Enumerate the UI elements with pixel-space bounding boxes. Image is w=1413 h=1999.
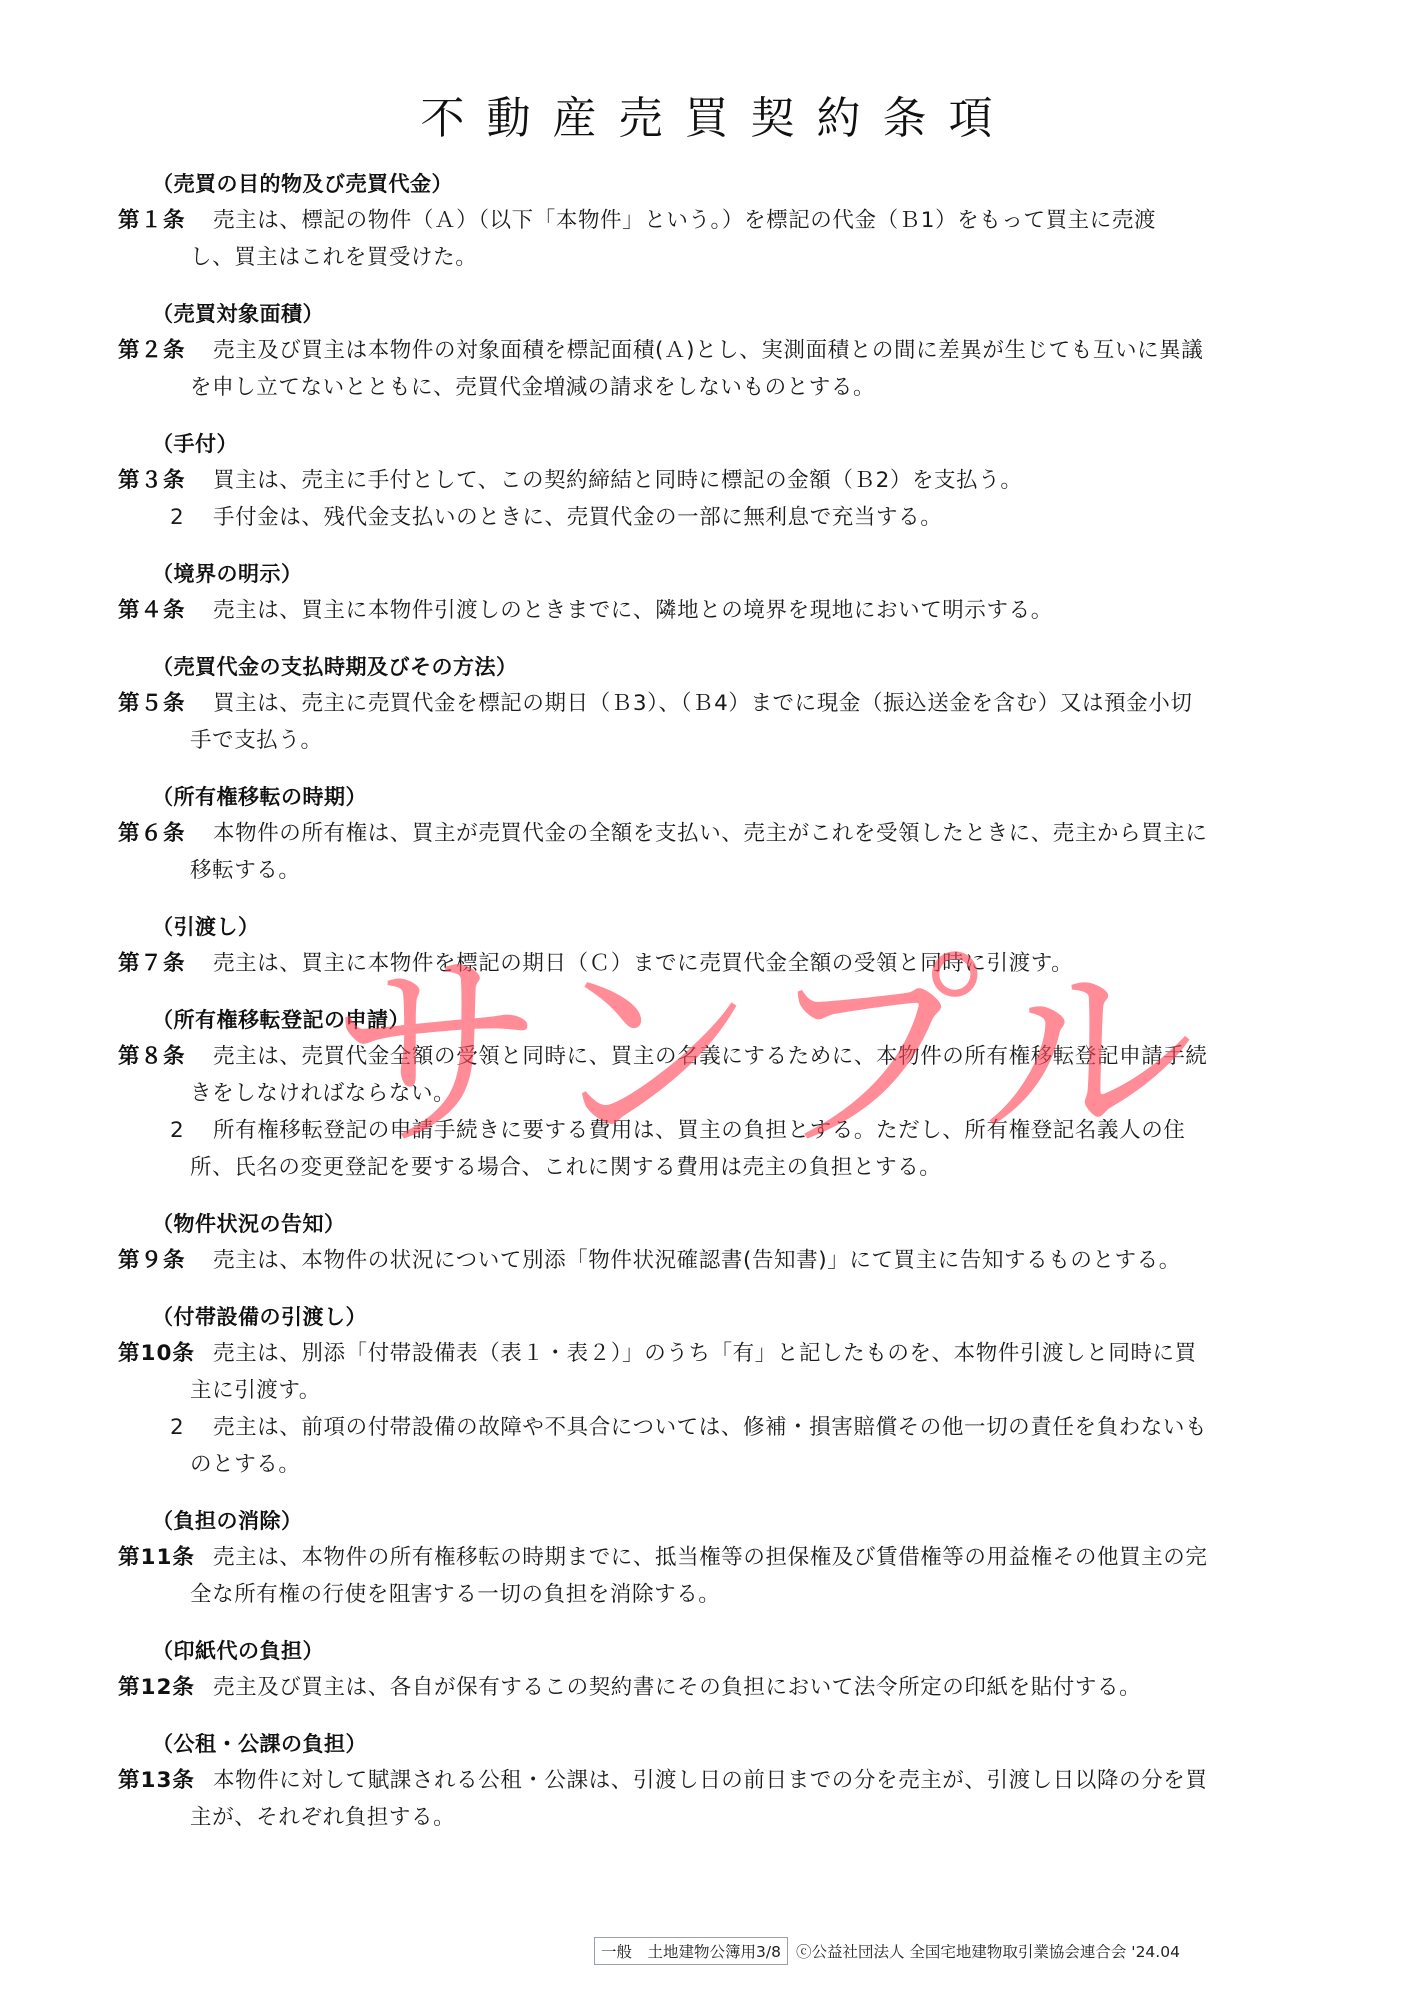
article-heading: （負担の消除） [152, 1503, 1298, 1539]
document-title: 不動産売買契約条項 [0, 82, 1413, 146]
article-text: 本物件の所有権は、買主が売買代金の全額を支払い、売主がこれを受領したときに、売主… [213, 821, 1208, 846]
article-2: 第２条売主及び買主は本物件の対象面積を標記面積(Ａ)とし、実測面積との間に差異が… [118, 332, 1298, 406]
article-line: 第４条売主は、買主に本物件引渡しのときまでに、隣地との境界を現地において明示する… [118, 592, 1298, 629]
article-8: 第８条売主は、売買代金全額の受領と同時に、買主の名義にするために、本物件の所有権… [118, 1038, 1298, 1186]
article-heading: （売買の目的物及び売買代金） [152, 166, 1298, 202]
article-line: を申し立てないとともに、売買代金増減の請求をしないものとする。 [118, 369, 1298, 406]
sub-clause-line: 2売主は、前項の付帯設備の故障や不具合については、修補・損害賠償その他一切の責任… [118, 1409, 1298, 1446]
sub-clause-number: 2 [118, 1112, 213, 1149]
article-line: 第９条売主は、本物件の状況について別添「物件状況確認書(告知書)」にて買主に告知… [118, 1242, 1298, 1279]
article-number: 第12条 [118, 1669, 213, 1706]
article-number: 第８条 [118, 1038, 213, 1075]
sub-clause-number: 2 [118, 499, 213, 536]
article-line: し、買主はこれを買受けた。 [118, 239, 1298, 276]
article-11: 第11条売主は、本物件の所有権移転の時期までに、抵当権等の担保権及び賃借権等の用… [118, 1539, 1298, 1613]
article-heading: （手付） [152, 426, 1298, 462]
sub-clause-text: 所、氏名の変更登記を要する場合、これに関する費用は売主の負担とする。 [190, 1155, 941, 1180]
article-9: 第９条売主は、本物件の状況について別添「物件状況確認書(告知書)」にて買主に告知… [118, 1242, 1298, 1279]
sub-clause-text: 所有権移転登記の申請手続きに要する費用は、買主の負担とする。ただし、所有権登記名… [213, 1118, 1185, 1143]
article-text: 移転する。 [190, 858, 301, 883]
article-line: 第10条売主は、別添「付帯設備表（表１・表２）」のうち「有」と記したものを、本物… [118, 1335, 1298, 1372]
article-text: 売主は、買主に本物件引渡しのときまでに、隣地との境界を現地において明示する。 [213, 598, 1053, 623]
article-number: 第７条 [118, 945, 213, 982]
article-heading: （売買代金の支払時期及びその方法） [152, 649, 1298, 685]
article-heading: （物件状況の告知） [152, 1206, 1298, 1242]
article-line: 第11条売主は、本物件の所有権移転の時期までに、抵当権等の担保権及び賃借権等の用… [118, 1539, 1298, 1576]
article-line: 第３条買主は、売主に手付として、この契約締結と同時に標記の金額（Ｂ2）を支払う。 [118, 462, 1298, 499]
article-line: 移転する。 [118, 852, 1298, 889]
article-line: 第５条買主は、売主に売買代金を標記の期日（Ｂ3）、（Ｂ4）までに現金（振込送金を… [118, 685, 1298, 722]
article-line: 第13条本物件に対して賦課される公租・公課は、引渡し日の前日までの分を売主が、引… [118, 1762, 1298, 1799]
article-number: 第４条 [118, 592, 213, 629]
article-text: 主が、それぞれ負担する。 [190, 1805, 455, 1830]
article-line: 第12条売主及び買主は、各自が保有するこの契約書にその負担において法令所定の印紙… [118, 1669, 1298, 1706]
article-6: 第６条本物件の所有権は、買主が売買代金の全額を支払い、売主がこれを受領したときに… [118, 815, 1298, 889]
document-page: 不動産売買契約条項 （売買の目的物及び売買代金）第１条売主は、標記の物件（Ａ）（… [0, 0, 1413, 1999]
article-number: 第９条 [118, 1242, 213, 1279]
article-number: 第５条 [118, 685, 213, 722]
article-text: を申し立てないとともに、売買代金増減の請求をしないものとする。 [190, 375, 875, 400]
article-line: きをしなければならない。 [118, 1075, 1298, 1112]
article-text: 売主は、標記の物件（Ａ）（以下「本物件」という。）を標記の代金（Ｂ1）をもって買… [213, 208, 1156, 233]
form-label: 一般 土地建物公簿用3/8 [594, 1937, 788, 1965]
article-3: 第３条買主は、売主に手付として、この契約締結と同時に標記の金額（Ｂ2）を支払う。… [118, 462, 1298, 536]
article-heading: （売買対象面積） [152, 296, 1298, 332]
article-text: 売主及び買主は本物件の対象面積を標記面積(Ａ)とし、実測面積との間に差異が生じて… [213, 338, 1203, 363]
article-line: 主が、それぞれ負担する。 [118, 1799, 1298, 1836]
article-4: 第４条売主は、買主に本物件引渡しのときまでに、隣地との境界を現地において明示する… [118, 592, 1298, 629]
article-text: 買主は、売主に手付として、この契約締結と同時に標記の金額（Ｂ2）を支払う。 [213, 468, 1022, 493]
article-line: 第７条売主は、買主に本物件を標記の期日（Ｃ）までに売買代金全額の受領と同時に引渡… [118, 945, 1298, 982]
article-text: 売主は、別添「付帯設備表（表１・表２）」のうち「有」と記したものを、本物件引渡し… [213, 1341, 1197, 1366]
sub-clause-line: 2手付金は、残代金支払いのときに、売買代金の一部に無利息で充当する。 [118, 499, 1298, 536]
article-heading: （境界の明示） [152, 556, 1298, 592]
article-text: 買主は、売主に売買代金を標記の期日（Ｂ3）、（Ｂ4）までに現金（振込送金を含む）… [213, 691, 1192, 716]
sub-clause-line: 2所有権移転登記の申請手続きに要する費用は、買主の負担とする。ただし、所有権登記… [118, 1112, 1298, 1149]
sub-clause-text: のとする。 [190, 1452, 301, 1477]
copyright-notice: ⓒ公益社団法人 全国宅地建物取引業協会連合会 '24.04 [796, 1943, 1180, 1961]
article-number: 第１条 [118, 202, 213, 239]
article-13: 第13条本物件に対して賦課される公租・公課は、引渡し日の前日までの分を売主が、引… [118, 1762, 1298, 1836]
page-footer: 一般 土地建物公簿用3/8ⓒ公益社団法人 全国宅地建物取引業協会連合会 '24.… [594, 1937, 1180, 1965]
article-text: 売主は、売買代金全額の受領と同時に、買主の名義にするために、本物件の所有権移転登… [213, 1044, 1208, 1069]
article-line: 第１条売主は、標記の物件（Ａ）（以下「本物件」という。）を標記の代金（Ｂ1）をも… [118, 202, 1298, 239]
article-12: 第12条売主及び買主は、各自が保有するこの契約書にその負担において法令所定の印紙… [118, 1669, 1298, 1706]
article-number: 第13条 [118, 1762, 213, 1799]
article-text: 売主は、本物件の状況について別添「物件状況確認書(告知書)」にて買主に告知するも… [213, 1248, 1181, 1273]
article-heading: （印紙代の負担） [152, 1633, 1298, 1669]
article-number: 第２条 [118, 332, 213, 369]
article-line: 第８条売主は、売買代金全額の受領と同時に、買主の名義にするために、本物件の所有権… [118, 1038, 1298, 1075]
article-heading: （所有権移転登記の申請） [152, 1002, 1298, 1038]
article-7: 第７条売主は、買主に本物件を標記の期日（Ｃ）までに売買代金全額の受領と同時に引渡… [118, 945, 1298, 982]
article-5: 第５条買主は、売主に売買代金を標記の期日（Ｂ3）、（Ｂ4）までに現金（振込送金を… [118, 685, 1298, 759]
article-text: きをしなければならない。 [190, 1081, 455, 1106]
article-line: 第２条売主及び買主は本物件の対象面積を標記面積(Ａ)とし、実測面積との間に差異が… [118, 332, 1298, 369]
article-heading: （所有権移転の時期） [152, 779, 1298, 815]
article-line: 第６条本物件の所有権は、買主が売買代金の全額を支払い、売主がこれを受領したときに… [118, 815, 1298, 852]
article-heading: （引渡し） [152, 909, 1298, 945]
article-line: 主に引渡す。 [118, 1372, 1298, 1409]
article-heading: （付帯設備の引渡し） [152, 1299, 1298, 1335]
article-text: 全な所有権の行使を阻害する一切の負担を消除する。 [190, 1582, 720, 1607]
article-text: 売主は、本物件の所有権移転の時期までに、抵当権等の担保権及び賃借権等の用益権その… [213, 1545, 1208, 1570]
article-line: 全な所有権の行使を阻害する一切の負担を消除する。 [118, 1576, 1298, 1613]
article-text: 売主及び買主は、各自が保有するこの契約書にその負担において法令所定の印紙を貼付す… [213, 1675, 1141, 1700]
article-1: 第１条売主は、標記の物件（Ａ）（以下「本物件」という。）を標記の代金（Ｂ1）をも… [118, 202, 1298, 276]
article-heading: （公租・公課の負担） [152, 1726, 1298, 1762]
sub-clause-number: 2 [118, 1409, 213, 1446]
sub-clause-line: のとする。 [118, 1446, 1298, 1483]
articles-container: （売買の目的物及び売買代金）第１条売主は、標記の物件（Ａ）（以下「本物件」という… [118, 166, 1298, 1856]
article-number: 第10条 [118, 1335, 213, 1372]
article-number: 第11条 [118, 1539, 213, 1576]
article-10: 第10条売主は、別添「付帯設備表（表１・表２）」のうち「有」と記したものを、本物… [118, 1335, 1298, 1483]
sub-clause-text: 売主は、前項の付帯設備の故障や不具合については、修補・損害賠償その他一切の責任を… [213, 1415, 1207, 1440]
article-text: 手で支払う。 [190, 728, 323, 753]
article-line: 手で支払う。 [118, 722, 1298, 759]
sub-clause-text: 手付金は、残代金支払いのときに、売買代金の一部に無利息で充当する。 [213, 505, 942, 530]
article-text: 本物件に対して賦課される公租・公課は、引渡し日の前日までの分を売主が、引渡し日以… [213, 1768, 1208, 1793]
article-number: 第６条 [118, 815, 213, 852]
article-number: 第３条 [118, 462, 213, 499]
article-text: 主に引渡す。 [190, 1378, 321, 1403]
article-text: 売主は、買主に本物件を標記の期日（Ｃ）までに売買代金全額の受領と同時に引渡す。 [213, 951, 1073, 976]
article-text: し、買主はこれを買受けた。 [190, 245, 477, 270]
sub-clause-line: 所、氏名の変更登記を要する場合、これに関する費用は売主の負担とする。 [118, 1149, 1298, 1186]
